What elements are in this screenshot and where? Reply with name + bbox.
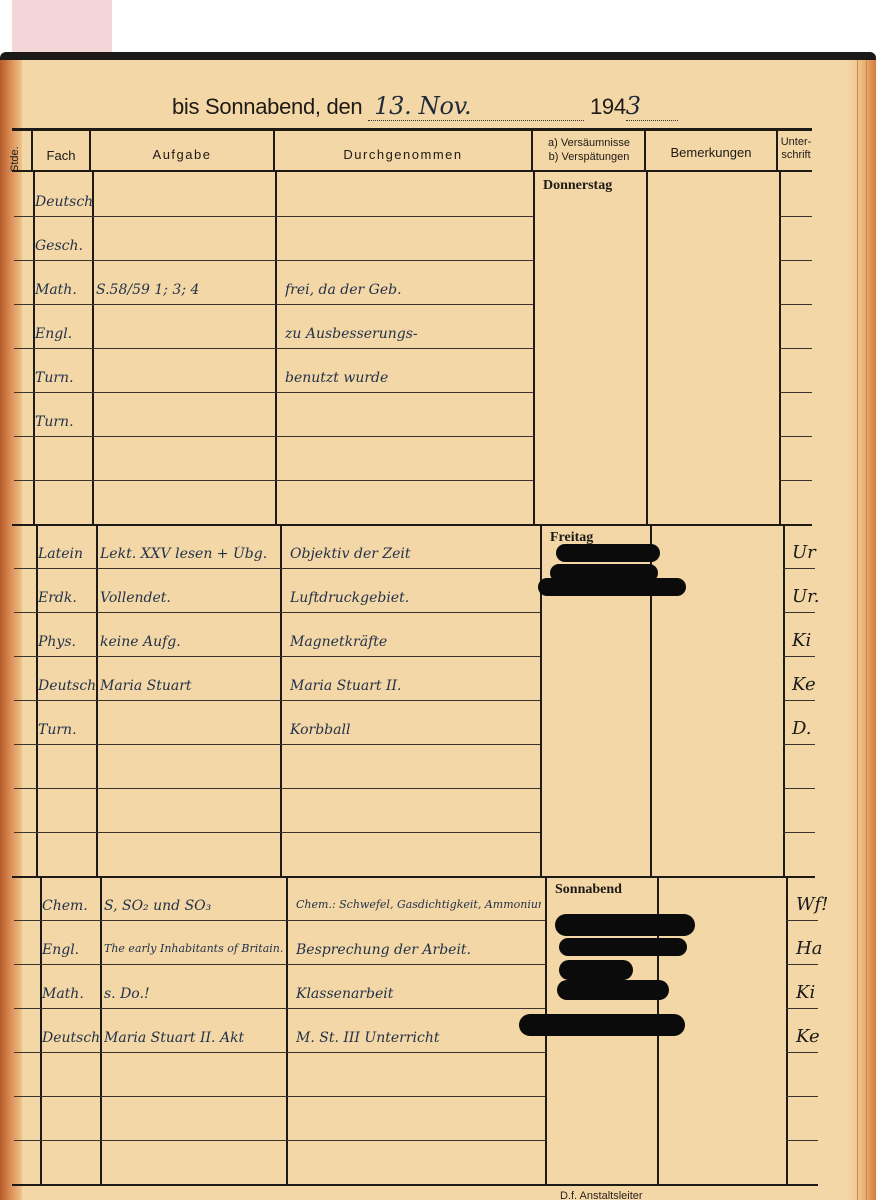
row-line	[14, 788, 540, 789]
row-line	[14, 964, 545, 965]
row-line	[14, 700, 540, 701]
fach-cell: Engl.	[35, 326, 92, 342]
signature-row-line	[783, 744, 815, 745]
column-header-fach: Fach	[32, 148, 90, 163]
year-printed: 194	[590, 94, 626, 119]
aufgabe-cell: Maria Stuart	[100, 678, 278, 694]
signature-cell: Ur.	[792, 586, 820, 607]
column-divider	[644, 131, 646, 171]
durchgenommen-cell: Magnetkräfte	[290, 634, 536, 650]
redaction-mark	[555, 914, 695, 936]
column-divider	[31, 131, 33, 171]
column-divider	[646, 172, 648, 524]
durchgenommen-cell: Besprechung der Arbeit.	[296, 942, 541, 958]
signature-row-line	[783, 832, 815, 833]
day-bottom-rule	[12, 1184, 818, 1186]
signature-cell: Wf!	[796, 894, 828, 915]
row-line	[14, 744, 540, 745]
redaction-mark	[519, 1014, 685, 1036]
aufgabe-cell: S.58/59 1; 3; 4	[96, 282, 273, 298]
signature-row-line	[783, 656, 815, 657]
aufgabe-cell: Lekt. XXV lesen + Übg.	[100, 546, 278, 562]
fach-cell: Gesch.	[35, 238, 92, 254]
aufgabe-cell: s. Do.!	[104, 986, 284, 1002]
signature-row-line	[779, 392, 812, 393]
redaction-mark	[559, 938, 687, 956]
durchgenommen-cell: Chem.: Schwefel, Gasdichtigkeit, Ammoniu…	[296, 898, 541, 911]
durchgenommen-cell: Luftdruckgebiet.	[290, 590, 536, 606]
signature-row-line	[779, 304, 812, 305]
heading-prefix: bis Sonnabend, den	[172, 94, 362, 119]
row-line	[14, 480, 533, 481]
signature-row-line	[786, 964, 818, 965]
row-line	[14, 1052, 545, 1053]
fach-cell: Turn.	[38, 722, 96, 738]
signature-row-line	[779, 480, 812, 481]
column-divider	[100, 876, 102, 1184]
page-edge-line	[866, 60, 867, 1200]
durchgenommen-cell: Klassenarbeit	[296, 986, 541, 1002]
column-divider	[273, 131, 275, 171]
signature-cell: Ki	[796, 982, 815, 1003]
day-bottom-rule	[12, 876, 815, 878]
signature-row-line	[779, 436, 812, 437]
column-divider	[531, 131, 533, 171]
fach-cell: Turn.	[35, 370, 92, 386]
redaction-mark	[559, 960, 633, 980]
fach-cell: Deutsch	[38, 678, 96, 694]
column-header-versaeumnisse: a) Versäumnisse b) Verspätungen	[534, 136, 644, 164]
date-field: 13. Nov.	[368, 92, 584, 121]
page-edge-line	[857, 60, 858, 1200]
column-divider	[786, 876, 788, 1184]
durchgenommen-cell: frei, da der Geb.	[285, 282, 529, 298]
signature-row-line	[786, 1096, 818, 1097]
signature-cell: D.	[792, 718, 812, 739]
signature-row-line	[783, 612, 815, 613]
aufgabe-cell: keine Aufg.	[100, 634, 278, 650]
column-header-durchgenommen: Durchgenommen	[274, 147, 532, 162]
column-divider	[89, 131, 91, 171]
row-line	[14, 1096, 545, 1097]
fach-cell: Erdk.	[38, 590, 96, 606]
aufgabe-cell: Vollendet.	[100, 590, 278, 606]
signature-row-line	[779, 260, 812, 261]
signature-row-line	[779, 348, 812, 349]
column-divider	[533, 172, 535, 524]
redaction-mark	[538, 578, 686, 596]
fach-cell: Phys.	[38, 634, 96, 650]
durchgenommen-cell: Korbball	[290, 722, 536, 738]
day-name: Sonnabend	[555, 882, 622, 898]
row-line	[14, 348, 533, 349]
row-line	[14, 216, 533, 217]
row-line	[14, 260, 533, 261]
signature-cell: Ur	[792, 542, 816, 563]
row-line	[14, 612, 540, 613]
header-verspaetungen-b: b) Verspätungen	[534, 150, 644, 164]
aufgabe-cell: The early Inhabitants of Britain.	[104, 942, 284, 955]
row-line	[14, 436, 533, 437]
durchgenommen-cell: benutzt wurde	[285, 370, 529, 386]
row-line	[14, 920, 545, 921]
row-line	[14, 832, 540, 833]
durchgenommen-cell: M. St. III Unterricht	[296, 1030, 541, 1046]
signature-row-line	[786, 1008, 818, 1009]
row-line	[14, 304, 533, 305]
fach-cell: Deutsch	[42, 1030, 100, 1046]
fach-cell: Deutsch	[35, 194, 92, 210]
fach-cell: Latein	[38, 546, 96, 562]
durchgenommen-cell: zu Ausbesserungs-	[285, 326, 529, 342]
fach-cell: Math.	[35, 282, 92, 298]
column-header-stunde: Stde.	[9, 146, 21, 172]
row-line	[14, 1140, 545, 1141]
column-divider	[776, 131, 778, 171]
column-divider	[286, 876, 288, 1184]
aufgabe-cell: S, SO₂ und SO₃	[104, 898, 284, 914]
signature-row-line	[786, 1140, 818, 1141]
row-line	[14, 392, 533, 393]
signature-cell: Ha	[796, 938, 822, 959]
year-field: 3	[626, 92, 678, 121]
aufgabe-cell: Maria Stuart II. Akt	[104, 1030, 284, 1046]
signature-row-line	[786, 1052, 818, 1053]
signature-cell: Ke	[792, 674, 816, 695]
signature-row-line	[783, 788, 815, 789]
fach-cell: Engl.	[42, 942, 100, 958]
signature-row-line	[779, 216, 812, 217]
week-heading: bis Sonnabend, den 13. Nov. 1943	[172, 92, 678, 121]
durchgenommen-cell: Maria Stuart II.	[290, 678, 536, 694]
column-divider	[540, 524, 542, 876]
header-versaeumnisse-a: a) Versäumnisse	[534, 136, 644, 150]
day-bottom-rule	[12, 524, 812, 526]
notebook-page	[0, 60, 876, 1200]
signature-row-line	[783, 700, 815, 701]
table-top-rule	[12, 128, 812, 131]
row-line	[14, 568, 540, 569]
column-header-unterschrift: Unter- schrift	[776, 136, 816, 162]
signature-row-line	[783, 568, 815, 569]
redaction-mark	[556, 544, 660, 562]
header-unterschrift-2: schrift	[776, 149, 816, 162]
page-spine-shadow	[0, 60, 22, 1200]
header-bottom-rule	[12, 170, 812, 172]
day-name: Donnerstag	[543, 178, 612, 194]
fach-cell: Math.	[42, 986, 100, 1002]
signature-cell: Ki	[792, 630, 811, 651]
fach-cell: Turn.	[35, 414, 92, 430]
signature-cell: Ke	[796, 1026, 820, 1047]
page-edge	[846, 60, 876, 1200]
signature-row-line	[786, 920, 818, 921]
redaction-mark	[557, 980, 669, 1000]
row-line	[14, 1008, 545, 1009]
row-line	[14, 656, 540, 657]
footer-signature-label: D.f. Anstaltsleiter	[560, 1190, 643, 1200]
header-unterschrift-1: Unter-	[776, 136, 816, 149]
fach-cell: Chem.	[42, 898, 100, 914]
column-header-bemerkungen: Bemerkungen	[646, 145, 776, 160]
column-header-aufgabe: Aufgabe	[90, 147, 274, 162]
durchgenommen-cell: Objektiv der Zeit	[290, 546, 536, 562]
